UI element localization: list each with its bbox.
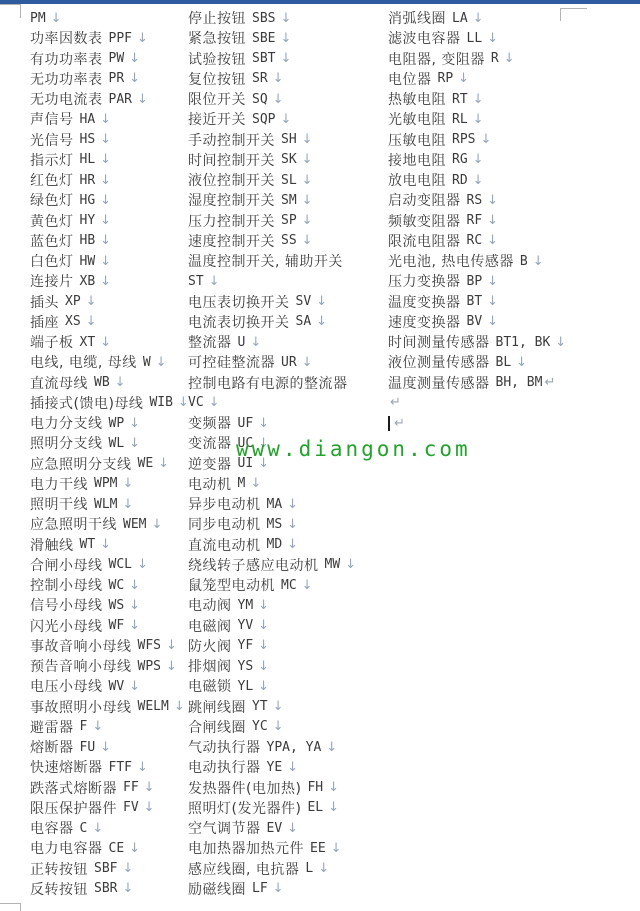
linebreak-mark-icon: ↓	[326, 740, 337, 755]
linebreak-mark-icon: ↓	[273, 881, 284, 896]
term-row[interactable]: 接近开关SQP↓	[188, 109, 388, 129]
paragraph-mark-icon: ↵	[544, 375, 555, 390]
term-row[interactable]: 事故照明小母线WELM↓	[30, 697, 188, 717]
term-label: 电磁锁	[188, 676, 232, 696]
term-code: BH, BM	[496, 375, 543, 390]
term-row[interactable]: 事故音响小母线WFS↓	[30, 636, 188, 656]
linebreak-mark-icon: ↓	[100, 335, 111, 350]
term-code: PW	[109, 51, 125, 66]
term-row[interactable]: 同步电动机MS↓	[188, 514, 388, 534]
terms-column-2: 停止按钮SBS↓紧急按钮SBE↓试验按钮SBT↓复位按钮SR↓限位开关SQ↓接近…	[188, 8, 388, 899]
term-code: WF	[109, 618, 125, 633]
term-label: 复位按钮	[188, 69, 246, 89]
term-code: WELM	[138, 699, 169, 714]
term-label: 试验按钮	[188, 49, 246, 69]
linebreak-mark-icon: ↓	[258, 598, 269, 613]
term-code: W	[143, 355, 151, 370]
term-label: 无功功率表	[30, 69, 103, 89]
term-code: BV	[467, 314, 483, 329]
term-row[interactable]: 速度控制开关SS↓	[188, 231, 388, 251]
term-label: 滤波电容器	[388, 28, 461, 48]
linebreak-mark-icon: ↓	[487, 314, 498, 329]
linebreak-mark-icon: ↓	[86, 294, 97, 309]
term-row[interactable]: 可控硅整流器UR↓	[188, 352, 388, 372]
term-label: 电压小母线	[30, 676, 103, 696]
term-code: WP	[109, 416, 125, 431]
term-code: WV	[109, 679, 125, 694]
term-label: 电加热器加热元件	[188, 838, 304, 858]
linebreak-mark-icon: ↓	[129, 679, 140, 694]
linebreak-mark-icon: ↓	[100, 173, 111, 188]
linebreak-mark-icon: ↓	[156, 355, 167, 370]
term-code: PAR	[109, 92, 132, 107]
term-code: F	[80, 719, 88, 734]
term-row[interactable]: 红色灯HR↓	[30, 170, 188, 190]
term-label: 手动控制开关	[188, 130, 275, 150]
term-row[interactable]: VC↓	[188, 393, 388, 413]
term-row[interactable]: 电动阀YM↓	[188, 595, 388, 615]
term-row[interactable]: 限流电阻器RC↓	[388, 231, 638, 251]
term-row[interactable]: 光信号HS↓	[30, 130, 188, 150]
term-row[interactable]: 正转按钮SBF↓	[30, 859, 188, 879]
term-row[interactable]: 电线, 电缆, 母线W↓	[30, 352, 188, 372]
term-code: YM	[238, 598, 254, 613]
term-row[interactable]: 闪光小母线WF↓	[30, 616, 188, 636]
term-code: MW	[325, 557, 341, 572]
linebreak-mark-icon: ↓	[122, 476, 133, 491]
linebreak-mark-icon: ↓	[555, 335, 566, 350]
term-label: 压力变换器	[388, 271, 461, 291]
term-label: 端子板	[30, 332, 74, 352]
term-label: 压敏电阻	[388, 130, 446, 150]
term-code: SBF	[94, 861, 117, 876]
term-row[interactable]: ↵	[388, 413, 638, 433]
term-code: FF	[123, 780, 139, 795]
term-row[interactable]: 合闸小母线WCL↓	[30, 555, 188, 575]
term-code: RPS	[452, 132, 475, 147]
text-boundary-corner-top-left	[0, 4, 21, 18]
term-label: 电位器	[388, 69, 432, 89]
term-code: PPF	[109, 31, 132, 46]
term-label: 限流电阻器	[388, 231, 461, 251]
term-row[interactable]: 电加热器加热元件EE↓	[188, 838, 388, 858]
term-row[interactable]: 电压小母线WV↓	[30, 676, 188, 696]
term-code: M	[238, 476, 246, 491]
term-code: WEM	[123, 517, 146, 532]
term-label: 同步电动机	[188, 514, 261, 534]
terms-column-3: 消弧线圈LA↓滤波电容器LL↓电阻器, 变阻器R↓电位器RP↓热敏电阻RT↓光敏…	[388, 8, 638, 433]
term-label: 绿色灯	[30, 190, 74, 210]
term-label: 时间控制开关	[188, 150, 275, 170]
term-row[interactable]: 蓝色灯HB↓	[30, 231, 188, 251]
term-code: HR	[80, 173, 96, 188]
linebreak-mark-icon: ↓	[129, 51, 140, 66]
term-row[interactable]: 熔断器FU↓	[30, 737, 188, 757]
term-label: 预告音响小母线	[30, 656, 132, 676]
term-row[interactable]: 插接式(馈电)母线WIB↓	[30, 393, 188, 413]
linebreak-mark-icon: ↓	[174, 699, 185, 714]
term-label: 湿度控制开关	[188, 190, 275, 210]
linebreak-mark-icon: ↓	[122, 861, 133, 876]
linebreak-mark-icon: ↓	[100, 213, 111, 228]
term-code: MC	[281, 578, 297, 593]
term-label: 电力电容器	[30, 838, 103, 858]
term-row[interactable]: 指示灯HL↓	[30, 150, 188, 170]
term-code: SL	[281, 173, 297, 188]
term-code: XP	[65, 294, 81, 309]
term-code: C	[80, 821, 88, 836]
term-row[interactable]: 直流母线WB↓	[30, 373, 188, 393]
term-code: EL	[307, 800, 323, 815]
term-code: CE	[109, 841, 125, 856]
term-row[interactable]: 排烟阀YS↓	[188, 656, 388, 676]
term-code: UF	[238, 416, 254, 431]
term-row[interactable]: 空气调节器EV↓	[188, 818, 388, 838]
term-row[interactable]: 快速熔断器FTF↓	[30, 757, 188, 777]
term-label: 鼠笼型电动机	[188, 575, 275, 595]
term-row[interactable]: 温度测量传感器BH, BM↵	[388, 373, 638, 393]
linebreak-mark-icon: ↓	[92, 821, 103, 836]
term-row[interactable]: 温度控制开关, 辅助开关	[188, 251, 388, 271]
term-code: YF	[238, 638, 254, 653]
term-label: 闪光小母线	[30, 616, 103, 636]
term-code: SS	[281, 233, 297, 248]
term-label: 防火阀	[188, 636, 232, 656]
term-row[interactable]: 变流器UC↓	[188, 433, 388, 453]
term-row[interactable]: 跌落式熔断器FF↓	[30, 778, 188, 798]
term-code: WCL	[109, 557, 132, 572]
term-row[interactable]: 压力控制开关SP↓	[188, 211, 388, 231]
term-row[interactable]: 频敏变阻器RF↓	[388, 211, 638, 231]
term-label: 电力干线	[30, 474, 88, 494]
term-label: 空气调节器	[188, 818, 261, 838]
term-row[interactable]: 液位控制开关SL↓	[188, 170, 388, 190]
term-row[interactable]: 消弧线圈LA↓	[388, 8, 638, 28]
term-row[interactable]: 湿度控制开关SM↓	[188, 190, 388, 210]
linebreak-mark-icon: ↓	[151, 517, 162, 532]
term-label: 合闸小母线	[30, 555, 103, 575]
term-label: 白色灯	[30, 251, 74, 271]
term-row[interactable]: 应急照明干线WEM↓	[30, 514, 188, 534]
term-code: HY	[80, 213, 96, 228]
term-label: 感应线圈, 电抗器	[188, 859, 299, 879]
term-label: 合闸线圈	[188, 717, 246, 737]
term-code: WE	[138, 456, 154, 471]
term-row[interactable]: 光敏电阻RL↓	[388, 109, 638, 129]
term-code: MA	[267, 497, 283, 512]
term-label: 消弧线圈	[388, 8, 446, 28]
linebreak-mark-icon: ↓	[166, 659, 177, 674]
linebreak-mark-icon: ↓	[280, 51, 291, 66]
term-row[interactable]: 鼠笼型电动机MC↓	[188, 575, 388, 595]
term-label: 电动阀	[188, 595, 232, 615]
term-code: SK	[281, 152, 297, 167]
term-label: 跳闸线圈	[188, 697, 246, 717]
term-row[interactable]: 控制小母线WC↓	[30, 575, 188, 595]
linebreak-mark-icon: ↓	[287, 517, 298, 532]
linebreak-mark-icon: ↓	[258, 679, 269, 694]
term-row[interactable]: 跳闸线圈YT↓	[188, 697, 388, 717]
term-code: MD	[267, 537, 283, 552]
linebreak-mark-icon: ↓	[209, 274, 220, 289]
term-code: BP	[467, 274, 483, 289]
term-row[interactable]: 信号小母线WS↓	[30, 595, 188, 615]
term-code: SQ	[252, 92, 268, 107]
linebreak-mark-icon: ↓	[129, 71, 140, 86]
term-row[interactable]: 复位按钮SR↓	[188, 69, 388, 89]
term-row[interactable]: 功率因数表PPF↓	[30, 28, 188, 48]
page-top-edge	[0, 0, 640, 4]
linebreak-mark-icon: ↓	[129, 618, 140, 633]
term-code: XT	[80, 335, 96, 350]
term-label: 事故照明小母线	[30, 697, 132, 717]
term-row[interactable]: 照明分支线WL↓	[30, 433, 188, 453]
term-row[interactable]: 光电池, 热电传感器B↓	[388, 251, 638, 271]
linebreak-mark-icon: ↓	[302, 233, 313, 248]
term-row[interactable]: 变频器UF↓	[188, 413, 388, 433]
term-code: VC	[188, 395, 204, 410]
term-row[interactable]: 预告音响小母线WPS↓	[30, 656, 188, 676]
term-row[interactable]: PM↓	[30, 8, 188, 28]
linebreak-mark-icon: ↓	[129, 578, 140, 593]
term-row[interactable]: 插座XS↓	[30, 312, 188, 332]
term-code: FV	[123, 800, 139, 815]
term-label: 蓝色灯	[30, 231, 74, 251]
linebreak-mark-icon: ↓	[287, 821, 298, 836]
term-label: 照明分支线	[30, 433, 103, 453]
text-cursor	[388, 416, 390, 431]
term-code: XB	[80, 274, 96, 289]
term-label: 变流器	[188, 433, 232, 453]
term-row[interactable]: 限位开关SQ↓	[188, 89, 388, 109]
linebreak-mark-icon: ↓	[302, 578, 313, 593]
linebreak-mark-icon: ↓	[280, 11, 291, 26]
term-label: 压力控制开关	[188, 211, 275, 231]
linebreak-mark-icon: ↓	[100, 132, 111, 147]
linebreak-mark-icon: ↓	[504, 51, 515, 66]
term-code: RP	[438, 71, 454, 86]
term-label: 红色灯	[30, 170, 74, 190]
term-label: 光电池, 热电传感器	[388, 251, 514, 271]
term-code: YC	[252, 719, 268, 734]
linebreak-mark-icon: ↓	[458, 71, 469, 86]
term-row[interactable]: ST↓	[188, 271, 388, 291]
linebreak-mark-icon: ↓	[144, 780, 155, 795]
term-label: 变频器	[188, 413, 232, 433]
term-label: 黄色灯	[30, 211, 74, 231]
term-row[interactable]: 时间控制开关SK↓	[188, 150, 388, 170]
term-row[interactable]: 限压保护器件FV↓	[30, 798, 188, 818]
term-code: R	[491, 51, 499, 66]
term-row[interactable]: 控制电路有电源的整流器	[188, 373, 388, 393]
term-code: LL	[467, 31, 483, 46]
term-row[interactable]: 电磁锁YL↓	[188, 676, 388, 696]
term-code: YV	[238, 618, 254, 633]
linebreak-mark-icon: ↓	[487, 31, 498, 46]
term-row[interactable]: 电动机M↓	[188, 474, 388, 494]
term-label: 电压表切换开关	[188, 292, 290, 312]
term-code: FTF	[109, 760, 132, 775]
linebreak-mark-icon: ↓	[487, 294, 498, 309]
term-row[interactable]: 试验按钮SBT↓	[188, 49, 388, 69]
linebreak-mark-icon: ↓	[129, 416, 140, 431]
linebreak-mark-icon: ↓	[100, 233, 111, 248]
term-row[interactable]: 防火阀YF↓	[188, 636, 388, 656]
term-row[interactable]: 插头XP↓	[30, 292, 188, 312]
term-row[interactable]: 压敏电阻RPS↓	[388, 130, 638, 150]
term-row[interactable]: 有功功率表PW↓	[30, 49, 188, 69]
linebreak-mark-icon: ↓	[100, 274, 111, 289]
term-label: 直流电动机	[188, 535, 261, 555]
term-code: YS	[238, 659, 254, 674]
term-label: 电磁阀	[188, 616, 232, 636]
term-label: 熔断器	[30, 737, 74, 757]
term-row[interactable]: 黄色灯HY↓	[30, 211, 188, 231]
term-label: 整流器	[188, 332, 232, 352]
term-row[interactable]: 避雷器F↓	[30, 717, 188, 737]
term-row[interactable]: 电力干线WPM↓	[30, 474, 188, 494]
linebreak-mark-icon: ↓	[302, 152, 313, 167]
term-row[interactable]: 电位器RP↓	[388, 69, 638, 89]
term-row[interactable]: 照明灯(发光器件)EL↓	[188, 798, 388, 818]
linebreak-mark-icon: ↓	[100, 152, 111, 167]
term-row[interactable]: 发热器件(电加热)FH↓	[188, 778, 388, 798]
term-code: WB	[94, 375, 110, 390]
term-row[interactable]: 电动执行器YE↓	[188, 757, 388, 777]
term-row[interactable]: 端子板XT↓	[30, 332, 188, 352]
term-label: 气动执行器	[188, 737, 261, 757]
term-row[interactable]: 电压表切换开关SV↓	[188, 292, 388, 312]
term-code: B	[520, 254, 528, 269]
term-label: 限压保护器件	[30, 798, 117, 818]
linebreak-mark-icon: ↓	[302, 213, 313, 228]
term-label: 可控硅整流器	[188, 352, 275, 372]
term-code: PR	[109, 71, 125, 86]
term-row[interactable]: 声信号HA↓	[30, 109, 188, 129]
linebreak-mark-icon: ↓	[345, 557, 356, 572]
term-row[interactable]: 应急照明分支线WE↓	[30, 454, 188, 474]
linebreak-mark-icon: ↓	[100, 112, 111, 127]
term-row[interactable]: 电力分支线WP↓	[30, 413, 188, 433]
term-code: UC	[238, 436, 254, 451]
term-label: 电动执行器	[188, 757, 261, 777]
term-row[interactable]: 感应线圈, 电抗器L↓	[188, 859, 388, 879]
text-boundary-corner-bottom-left	[0, 903, 21, 911]
linebreak-mark-icon: ↓	[86, 314, 97, 329]
term-code: SV	[296, 294, 312, 309]
term-row[interactable]: 滤波电容器LL↓	[388, 28, 638, 48]
terms-column-1: PM↓功率因数表PPF↓有功功率表PW↓无功功率表PR↓无功电流表PAR↓声信号…	[30, 8, 188, 899]
term-row[interactable]: 温度变换器BT↓	[388, 292, 638, 312]
linebreak-mark-icon: ↓	[273, 699, 284, 714]
term-row[interactable]: 电力电容器CE↓	[30, 838, 188, 858]
term-row[interactable]: 连接片XB↓	[30, 271, 188, 291]
term-row[interactable]: 电流表切换开关SA↓	[188, 312, 388, 332]
term-row[interactable]: 紧急按钮SBE↓	[188, 28, 388, 48]
term-row[interactable]: ↵	[388, 393, 638, 413]
term-label: 控制电路有电源的整流器	[188, 373, 348, 393]
term-code: LA	[452, 11, 468, 26]
term-row[interactable]: 励磁线圈LF↓	[188, 879, 388, 899]
linebreak-mark-icon: ↓	[473, 152, 484, 167]
term-code: RT	[452, 92, 468, 107]
term-row[interactable]: 绿色灯HG↓	[30, 190, 188, 210]
term-row[interactable]: 逆变器UI↓	[188, 454, 388, 474]
term-row[interactable]: 时间测量传感器BT1, BK↓	[388, 332, 638, 352]
term-row[interactable]: 气动执行器YPA, YA↓	[188, 737, 388, 757]
term-row[interactable]: 电容器C↓	[30, 818, 188, 838]
term-label: 事故音响小母线	[30, 636, 132, 656]
term-code: WT	[80, 537, 96, 552]
linebreak-mark-icon: ↓	[100, 193, 111, 208]
term-code: MS	[267, 517, 283, 532]
term-label: 温度变换器	[388, 292, 461, 312]
linebreak-mark-icon: ↓	[129, 436, 140, 451]
term-row[interactable]: 手动控制开关SH↓	[188, 130, 388, 150]
term-row[interactable]: 电阻器, 变阻器R↓	[388, 49, 638, 69]
term-code: WPM	[94, 476, 117, 491]
term-label: 励磁线圈	[188, 879, 246, 899]
term-row[interactable]: 绕线转子感应电动机MW↓	[188, 555, 388, 575]
linebreak-mark-icon: ↓	[250, 335, 261, 350]
linebreak-mark-icon: ↓	[258, 416, 269, 431]
term-label: 接近开关	[188, 109, 246, 129]
term-label: 插接式(馈电)母线	[30, 393, 143, 413]
term-row[interactable]: 液位测量传感器BL↓	[388, 352, 638, 372]
term-row[interactable]: 照明干线WLM↓	[30, 494, 188, 514]
term-row[interactable]: 滑触线WT↓	[30, 535, 188, 555]
term-code: YL	[238, 679, 254, 694]
term-code: RF	[467, 213, 483, 228]
term-row[interactable]: 白色灯HW↓	[30, 251, 188, 271]
term-label: 液位控制开关	[188, 170, 275, 190]
term-code: BT	[467, 294, 483, 309]
linebreak-mark-icon: ↓	[258, 456, 269, 471]
linebreak-mark-icon: ↓	[137, 92, 148, 107]
term-row[interactable]: 停止按钮SBS↓	[188, 8, 388, 28]
term-code: YPA, YA	[267, 740, 322, 755]
term-row[interactable]: 异步电动机MA↓	[188, 494, 388, 514]
linebreak-mark-icon: ↓	[158, 456, 169, 471]
term-label: 照明灯(发光器件)	[188, 798, 301, 818]
term-code: SBT	[252, 51, 275, 66]
term-row[interactable]: 压力变换器BP↓	[388, 271, 638, 291]
term-code: SBS	[252, 11, 275, 26]
term-row[interactable]: 直流电动机MD↓	[188, 535, 388, 555]
term-row[interactable]: 合闸线圈YC↓	[188, 717, 388, 737]
linebreak-mark-icon: ↓	[516, 355, 527, 370]
term-row[interactable]: 整流器U↓	[188, 332, 388, 352]
linebreak-mark-icon: ↓	[302, 193, 313, 208]
term-row[interactable]: 速度变换器BV↓	[388, 312, 638, 332]
linebreak-mark-icon: ↓	[287, 760, 298, 775]
term-label: 时间测量传感器	[388, 332, 490, 352]
term-label: 停止按钮	[188, 8, 246, 28]
term-row[interactable]: 接地电阻RG↓	[388, 150, 638, 170]
linebreak-mark-icon: ↓	[273, 71, 284, 86]
term-row[interactable]: 电磁阀YV↓	[188, 616, 388, 636]
term-row[interactable]: 启动变阻器RS↓	[388, 190, 638, 210]
term-row[interactable]: 放电电阻RD↓	[388, 170, 638, 190]
term-row[interactable]: 无功电流表PAR↓	[30, 89, 188, 109]
term-row[interactable]: 反转按钮SBR↓	[30, 879, 188, 899]
term-row[interactable]: 热敏电阻RT↓	[388, 89, 638, 109]
term-label: 连接片	[30, 271, 74, 291]
term-label: 反转按钮	[30, 879, 88, 899]
term-code: UR	[281, 355, 297, 370]
linebreak-mark-icon: ↓	[137, 31, 148, 46]
term-row[interactable]: 无功功率表PR↓	[30, 69, 188, 89]
